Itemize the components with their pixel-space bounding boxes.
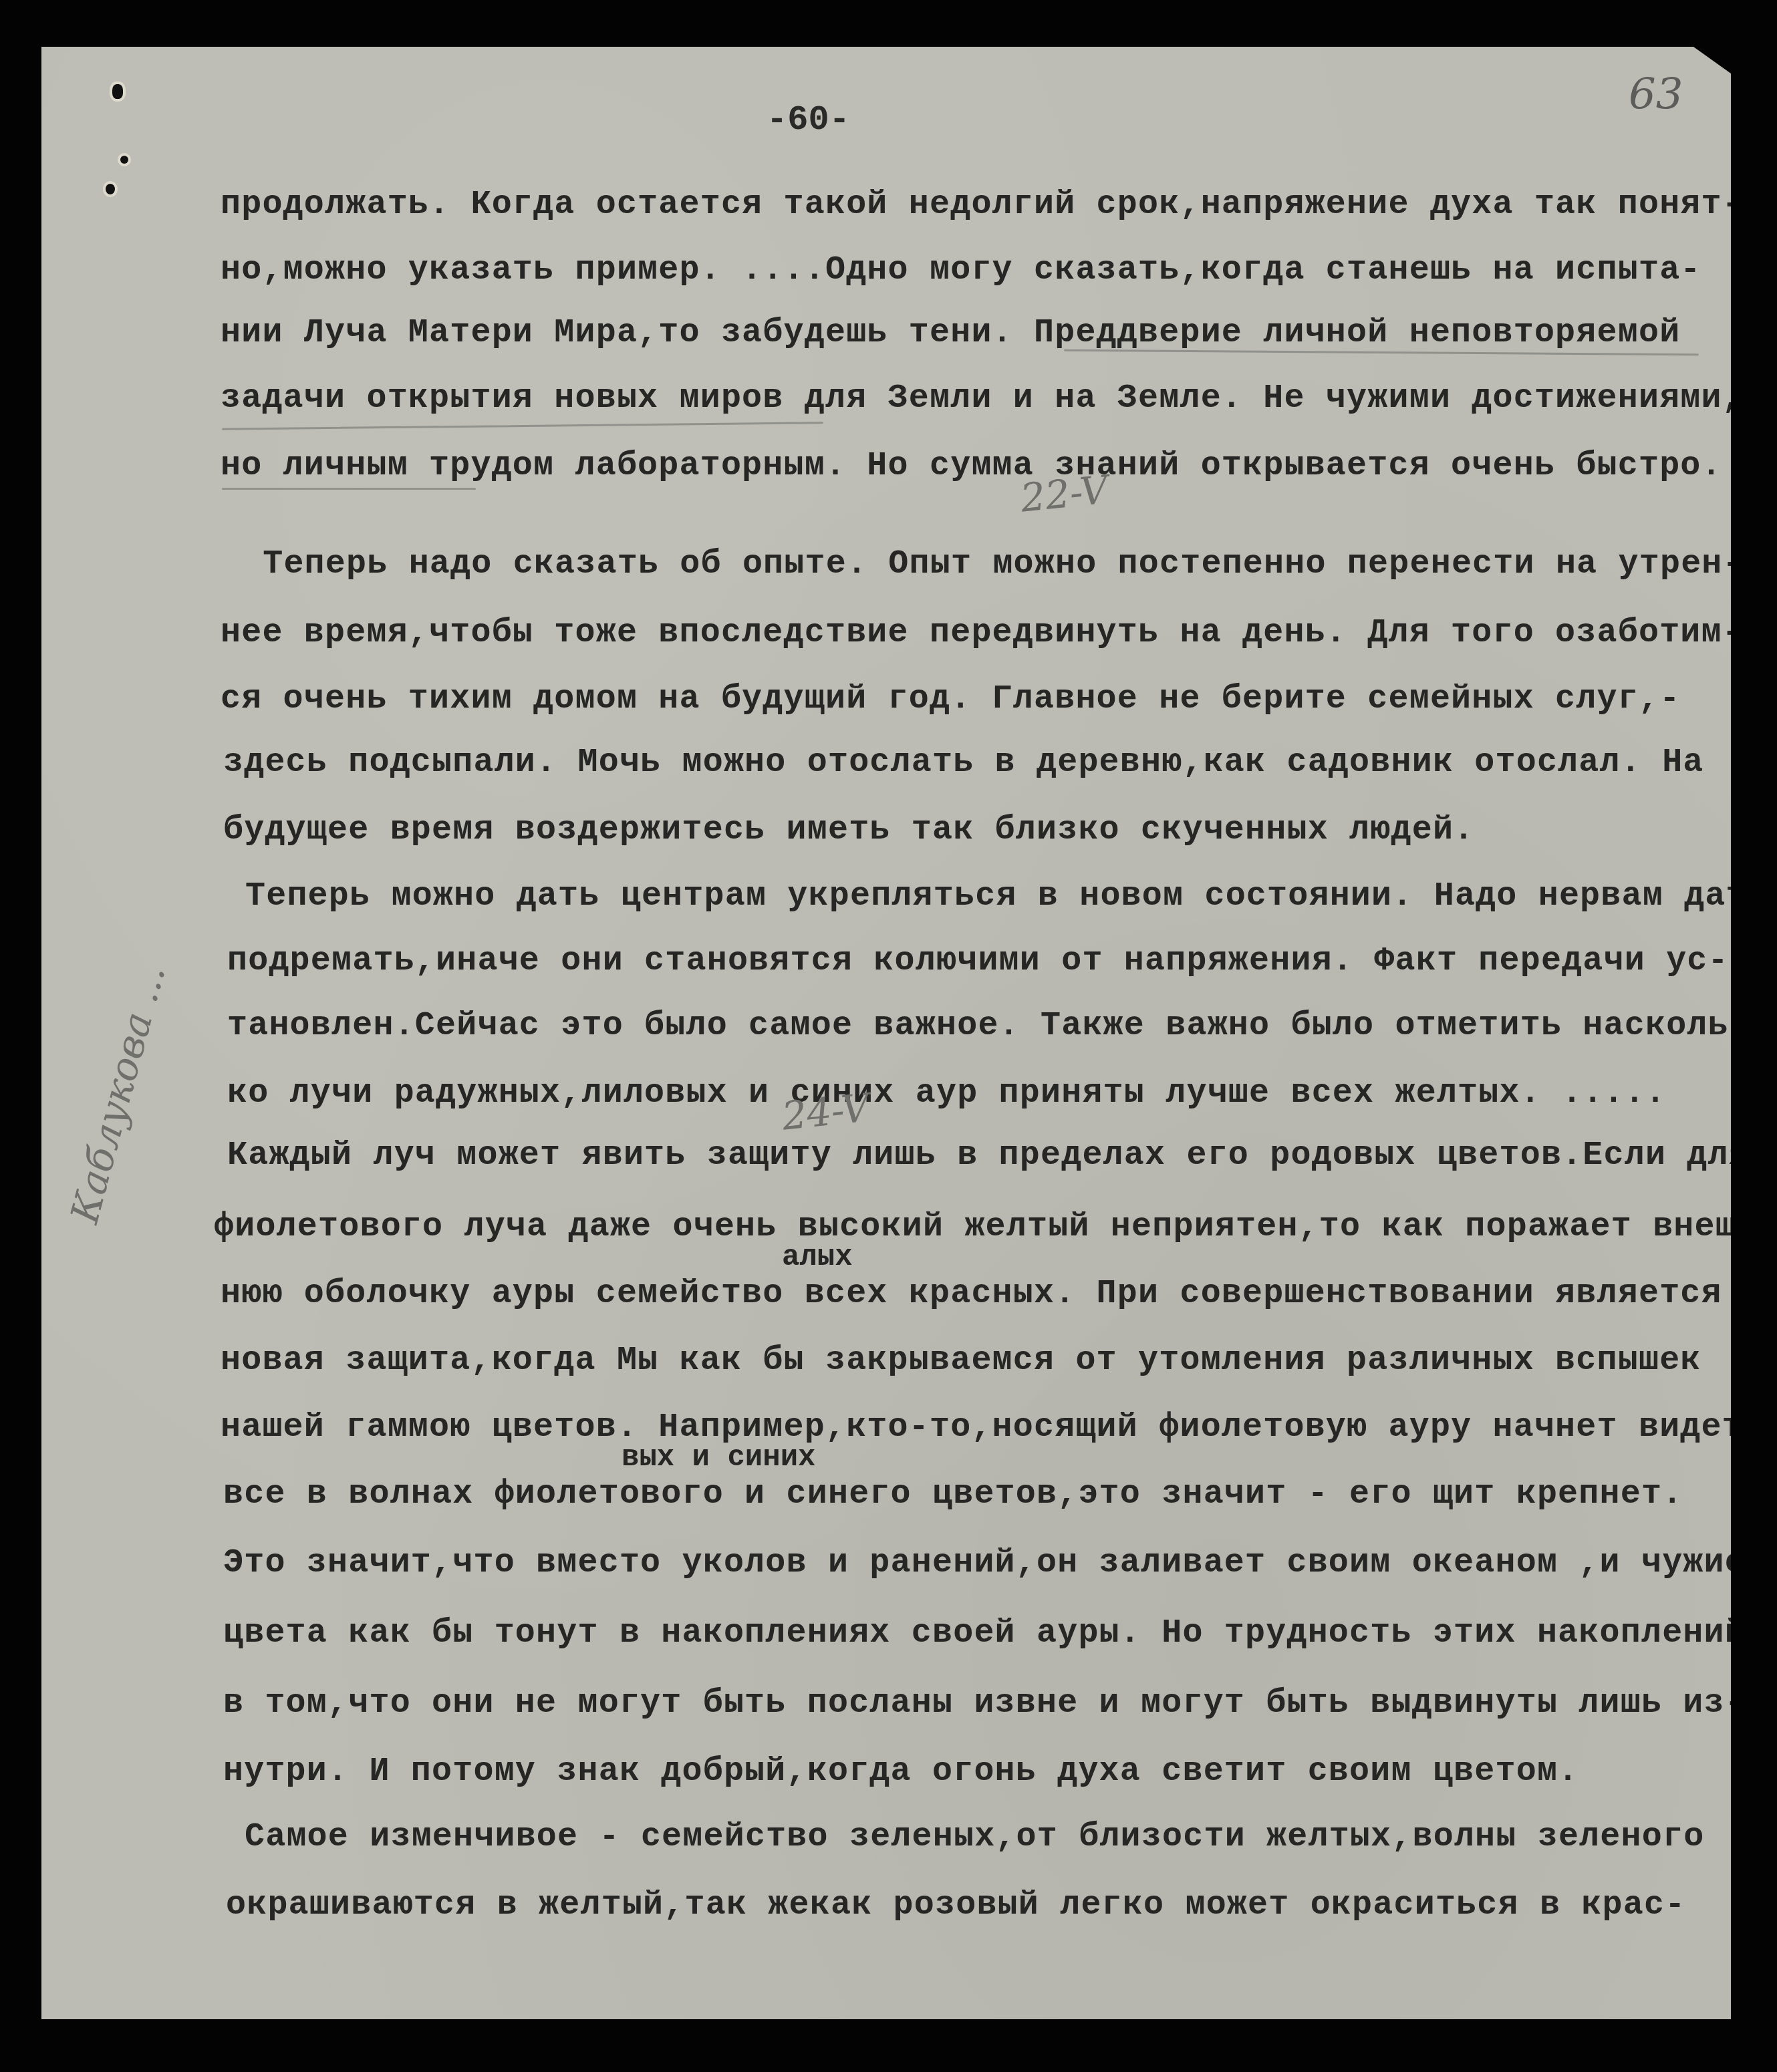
pencil-underline [222,422,823,430]
text-line: фиолетового луча даже очень высокий желт… [214,1211,1757,1244]
text-line: цвета как бы тонут в накоплениях своей а… [223,1617,1746,1650]
text-line: Каждый луч может явить защиту лишь в пре… [227,1139,1750,1173]
date-annotation: 22-V [1018,466,1110,521]
text-line: окрашиваются в желтый,так жекак розовый … [226,1889,1685,1922]
interlinear-insertion: алых [782,1243,853,1272]
typed-page-number: -60- [767,100,850,140]
punch-hole-top [112,84,123,99]
text-line: в том,что они не могут быть посланы извн… [223,1687,1746,1721]
text-line: нашей гаммою цветов. Например,кто-то,нос… [221,1411,1764,1445]
typewritten-page: -60- 63 продолжать. Когда остается такой… [41,47,1731,2019]
interlinear-insertion: вых и синих [622,1443,815,1473]
punch-hole-middle [120,156,128,164]
text-line: Теперь надо сказать об опыте. Опыт можно… [242,548,1744,581]
date-annotation: 24-V [780,1084,871,1139]
text-line: нюю оболочку ауры семейство всех красных… [221,1278,1722,1311]
text-line: новая защита,когда Мы как бы закрываемся… [221,1344,1701,1378]
text-line: подремать,иначе они становятся колючими … [227,945,1729,978]
text-line: но личным трудом лабораторным. Но сумма … [221,450,1722,483]
text-line: будущее время воздержитесь иметь так бли… [223,814,1474,847]
text-line: Это значит,что вместо уколов и ранений,о… [223,1547,1746,1580]
text-line: ко лучи радужных,лиловых и синих аур при… [227,1077,1666,1111]
text-line: Теперь можно дать центрам укрепляться в … [245,880,1768,913]
text-line: Самое изменчивое - семейство зеленых,от … [245,1821,1704,1854]
text-line: но,можно указать пример. ....Одно могу с… [221,254,1701,287]
text-line: продолжать. Когда остается такой недолги… [221,188,1743,222]
text-line: задачи открытия новых миров для Земли и … [221,382,1743,416]
text-line: здесь подсыпали. Мочь можно отослать в д… [223,746,1704,780]
margin-handwritten-note: Каблукова ... [61,959,174,1227]
text-line: тановлен.Сейчас это было самое важное. Т… [227,1010,1750,1043]
pencil-underline [222,488,476,490]
text-line: нее время,чтобы тоже впоследствие передв… [221,617,1743,650]
punch-hole-lower [106,184,115,194]
text-line: все в волнах фиолетового и синего цветов… [223,1478,1683,1511]
text-line: нутри. И потому знак добрый,когда огонь … [223,1755,1579,1789]
text-line: ся очень тихим домом на будущий год. Гла… [221,683,1680,716]
archive-folio-number: 63 [1629,70,1683,120]
text-line: нии Луча Матери Мира,то забудешь тени. П… [221,317,1680,350]
